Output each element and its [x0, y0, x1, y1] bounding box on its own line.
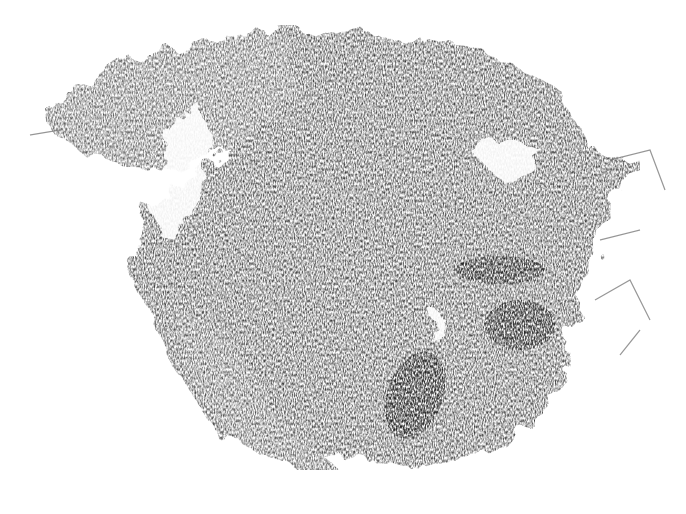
eye-area: [455, 256, 545, 284]
hand-shape: [485, 300, 555, 350]
sketch-artwork: [0, 0, 686, 514]
